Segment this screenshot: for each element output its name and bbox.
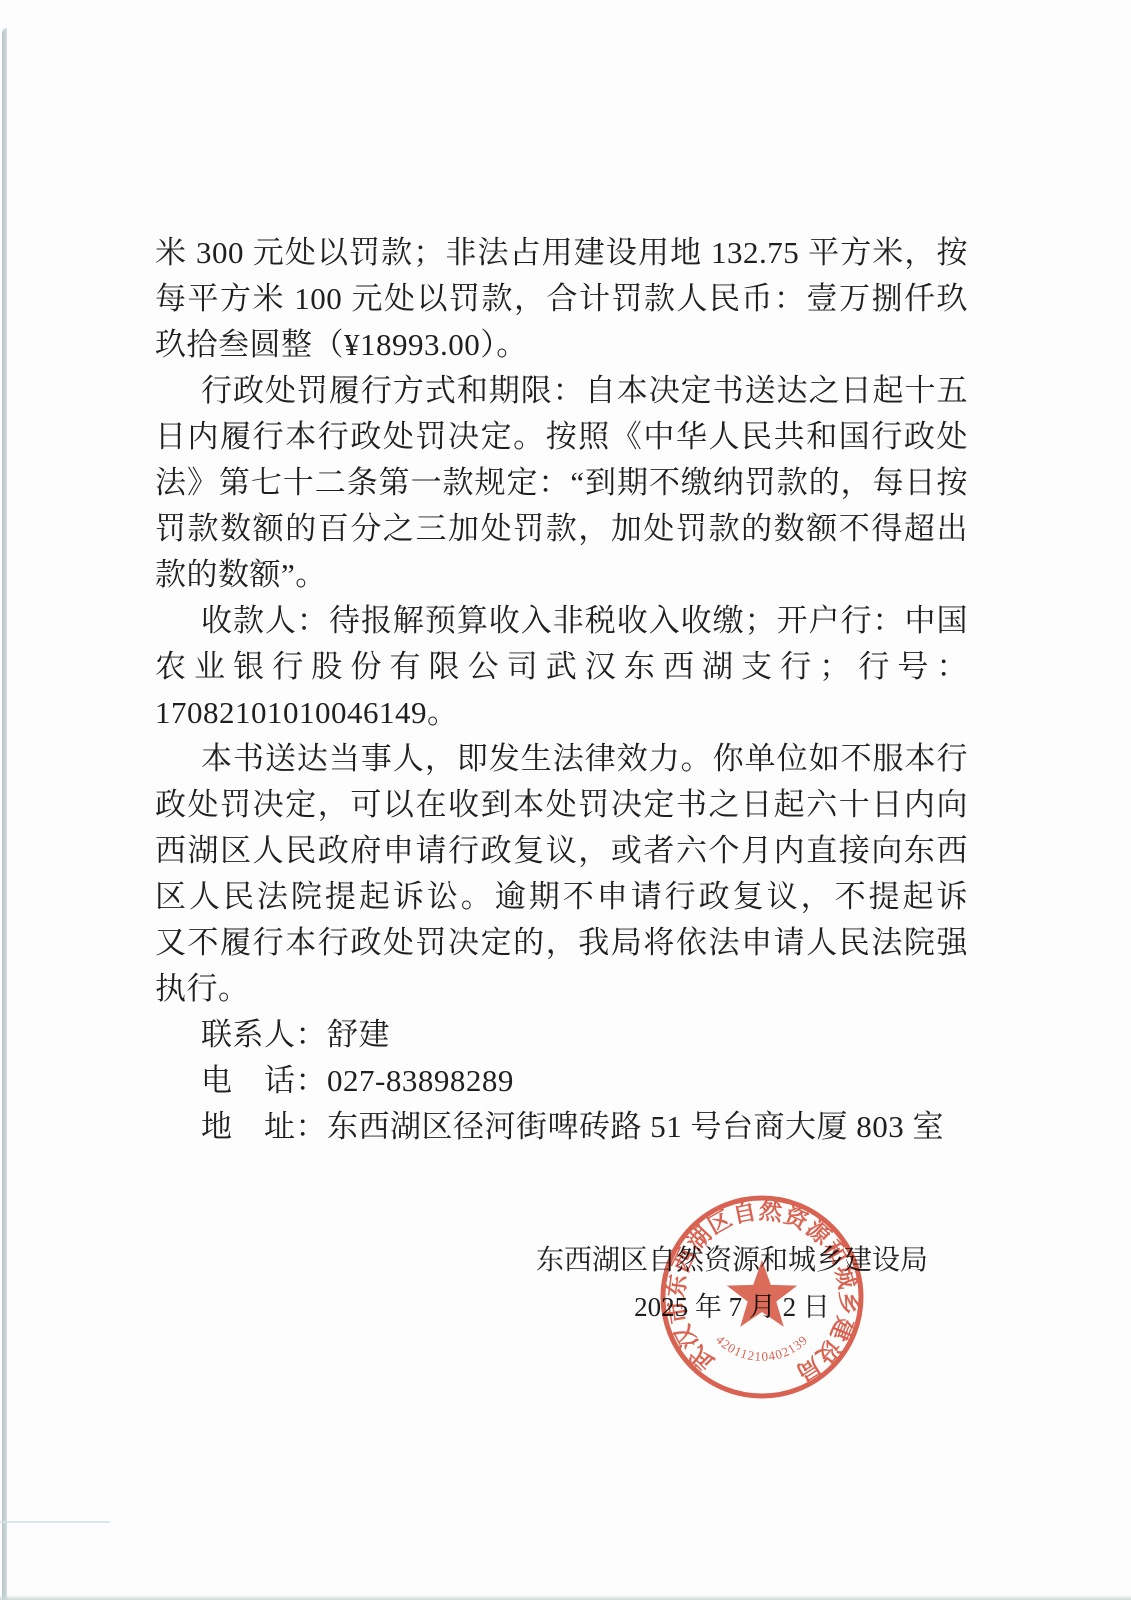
text-line: 日内履行本行政处罚决定。按照《中华人民共和国行政处罚 <box>155 414 968 460</box>
paragraph: 米 300 元处以罚款；非法占用建设用地 132.75 平方米，按每平方米 10… <box>155 230 968 368</box>
text-line: 收款人：待报解预算收入非税收入收缴；开户行：中国 <box>155 598 968 644</box>
text-line: 米 300 元处以罚款；非法占用建设用地 132.75 平方米，按 <box>155 230 968 276</box>
text-line: 又不履行本行政处罚决定的，我局将依法申请人民法院强制 <box>155 920 968 966</box>
document-body: 米 300 元处以罚款；非法占用建设用地 132.75 平方米，按每平方米 10… <box>155 230 968 1150</box>
text-line: 罚款数额的百分之三加处罚款，加处罚款的数额不得超出罚 <box>155 506 968 552</box>
contact-line: 联系人：舒建 <box>155 1012 968 1058</box>
text-line: 政处罚决定，可以在收到本处罚决定书之日起六十日内向东 <box>155 782 968 828</box>
text-line: 西湖区人民政府申请行政复议，或者六个月内直接向东西湖 <box>155 828 968 874</box>
contact-block: 联系人：舒建电 话：027-83898289地 址：东西湖区径河街啤砖路 51 … <box>155 1012 968 1150</box>
text-line: 法》第七十二条第一款规定：“到期不缴纳罚款的，每日按 <box>155 460 968 506</box>
paragraph: 本书送达当事人，即发生法律效力。你单位如不服本行政处罚决定，可以在收到本处罚决定… <box>155 736 968 1012</box>
scan-edge-bottom <box>0 1595 1131 1600</box>
scan-edge-left <box>2 28 7 1600</box>
scan-artifact-line <box>0 1521 110 1523</box>
text-line: 本书送达当事人，即发生法律效力。你单位如不服本行 <box>155 736 968 782</box>
contact-line: 地 址：东西湖区径河街啤砖路 51 号台商大厦 803 室 <box>155 1104 968 1150</box>
text-line: 17082101010046149。 <box>155 690 968 736</box>
seal-code: 42011210402139 <box>713 1332 811 1364</box>
text-line: 玖拾叁圆整（¥18993.00）。 <box>155 322 968 368</box>
contact-line: 电 话：027-83898289 <box>155 1058 968 1104</box>
text-line: 款的数额”。 <box>155 552 968 598</box>
text-line: 区人民法院提起诉讼。逾期不申请行政复议，不提起诉讼， <box>155 874 968 920</box>
text-line: 农业银行股份有限公司武汉东西湖支行；行号： <box>155 644 968 690</box>
official-seal: 武汉市东西湖区自然资源和城乡建设局 42011210402139 <box>652 1187 872 1407</box>
paragraph: 收款人：待报解预算收入非税收入收缴；开户行：中国农业银行股份有限公司武汉东西湖支… <box>155 598 968 736</box>
paragraph: 行政处罚履行方式和期限：自本决定书送达之日起十五日内履行本行政处罚决定。按照《中… <box>155 368 968 598</box>
text-line: 每平方米 100 元处以罚款，合计罚款人民币：壹万捌仟玖佰 <box>155 276 968 322</box>
seal-star-icon <box>727 1260 797 1327</box>
scanned-document-page: 米 300 元处以罚款；非法占用建设用地 132.75 平方米，按每平方米 10… <box>0 0 1131 1600</box>
text-line: 执行。 <box>155 966 968 1012</box>
text-line: 行政处罚履行方式和期限：自本决定书送达之日起十五 <box>155 368 968 414</box>
